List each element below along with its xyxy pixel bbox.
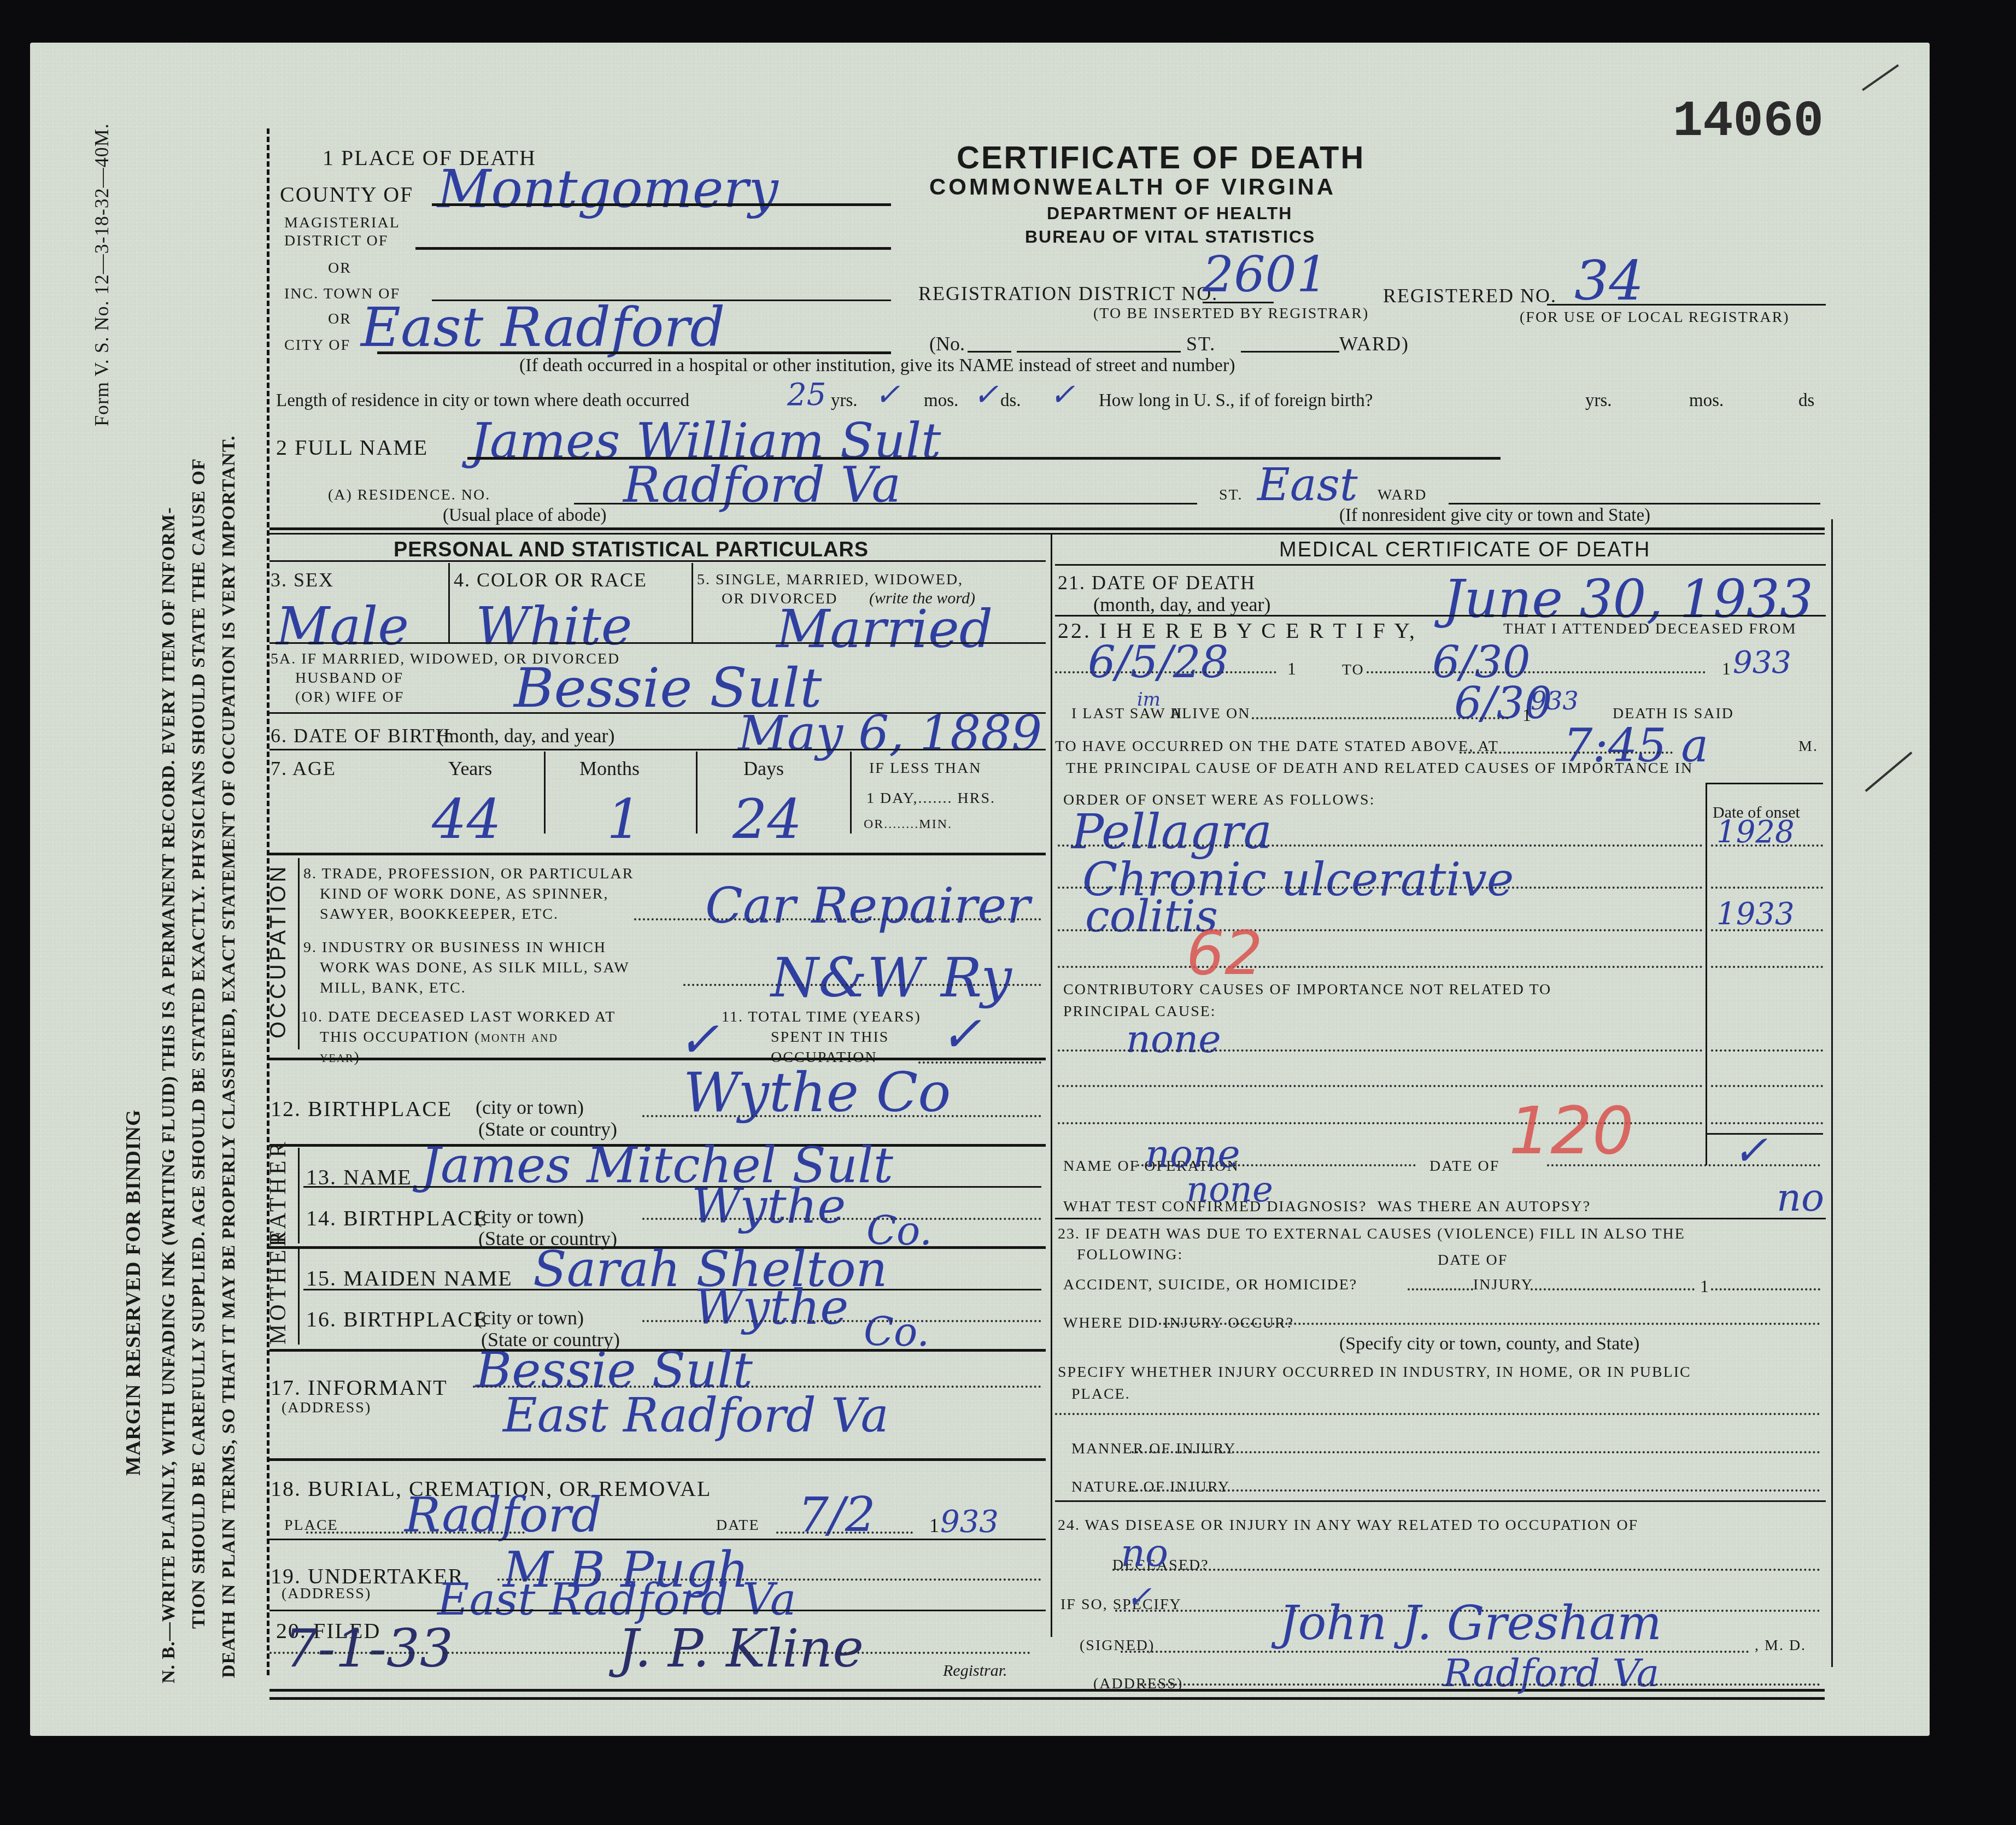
operation-line	[1137, 1164, 1416, 1166]
ds-label: ds.	[1000, 391, 1021, 411]
or-label-2: OR	[328, 310, 351, 328]
mother-birthplace-label: 16. BIRTHPLACE	[306, 1306, 488, 1332]
magisterial-label: MAGISTERIAL	[284, 214, 400, 232]
birthplace-city-hint: (city or town)	[476, 1096, 584, 1119]
days-label: Days	[743, 757, 784, 780]
dod-label: 21. DATE OF DEATH	[1058, 571, 1256, 594]
where-injury-hint: (Specify city or town, county, and State…	[1339, 1334, 1639, 1354]
medical-line-24	[1055, 1500, 1826, 1502]
trade-value[interactable]: Car Repairer	[705, 877, 1030, 935]
informant-address-label: (ADDRESS)	[282, 1399, 371, 1417]
attended-to-year[interactable]: 933	[1733, 645, 1791, 680]
spouse-label-2: HUSBAND OF	[295, 670, 403, 687]
dob-hint: (month, day, and year)	[437, 724, 615, 747]
less-than-label-3: OR........MIN.	[864, 817, 952, 832]
nature-line	[1132, 1489, 1820, 1492]
total-time-label-2: SPENT IN THIS	[771, 1029, 889, 1046]
specify-whether-line	[1055, 1413, 1820, 1415]
father-birthplace-label: 14. BIRTHPLACE	[306, 1205, 488, 1231]
specify-whether-label-1: SPECIFY WHETHER INJURY OCCURRED IN INDUS…	[1058, 1364, 1691, 1381]
street-st-label: ST.	[1186, 332, 1216, 355]
cause-1-line	[1058, 844, 1703, 847]
specify-whether-label-2: PLACE.	[1071, 1386, 1130, 1403]
cause-3-line	[1058, 929, 1703, 931]
onset-column-top	[1706, 783, 1823, 784]
trade-label-3: SAWYER, BOOKKEEPER, ETC.	[320, 906, 559, 923]
occupation-related-line	[1112, 1569, 1820, 1571]
manner-label: MANNER OF INJURY	[1071, 1440, 1236, 1458]
burial-date-line	[776, 1531, 913, 1534]
row-line-dob	[269, 749, 1046, 750]
certify-rest: THAT I ATTENDED DECEASED FROM	[1503, 620, 1797, 638]
filed-date[interactable]: 7-1-33	[284, 1618, 453, 1679]
sex-value[interactable]: Male	[276, 596, 409, 657]
city-label: CITY OF	[284, 337, 350, 354]
commonwealth-title: COMMONWEALTH OF VIRGINA	[929, 174, 1336, 200]
total-time-label-1: 11. TOTAL TIME (YEARS)	[722, 1008, 921, 1026]
less-than-label-2: 1 DAY,....... HRS.	[866, 790, 995, 807]
full-name-label: 2 FULL NAME	[276, 435, 428, 460]
street-line	[1017, 351, 1181, 353]
instructions-line-2: TION SHOULD BE CAREFULLY SUPPLIED. AGE S…	[189, 458, 209, 1629]
county-line	[432, 203, 891, 206]
alive-on-label: ALIVE ON	[1170, 705, 1250, 723]
form-right-border	[1831, 519, 1833, 1667]
trade-line	[634, 918, 1041, 920]
father-birthplace-value[interactable]: Wythe	[691, 1178, 846, 1234]
row-line-informant	[269, 1458, 1046, 1461]
onset-4-line	[1711, 966, 1823, 968]
registration-district-note: (TO BE INSERTED BY REGISTRAR)	[1093, 305, 1369, 322]
column-divider	[1051, 533, 1052, 1637]
to-label: TO	[1342, 661, 1364, 679]
onset-3-line	[1711, 929, 1823, 931]
binding-note: MARGIN RESERVED FOR BINDING	[121, 1109, 145, 1476]
registrar-signature[interactable]: J. P. Kline	[618, 1618, 864, 1679]
age-label: 7. AGE	[271, 757, 336, 780]
medical-header-line	[1055, 564, 1826, 566]
undertaker-address-label: (ADDRESS)	[282, 1585, 371, 1603]
attended-from[interactable]: 6/5/28	[1088, 637, 1229, 688]
from-year-prefix: 1	[1287, 659, 1296, 679]
mother-birthplace-value[interactable]: Wythe	[694, 1279, 848, 1335]
mother-side-divider	[298, 1249, 300, 1345]
last-saw-him[interactable]: im	[1137, 689, 1161, 711]
manner-line	[1132, 1451, 1820, 1453]
attended-from-line	[1055, 671, 1276, 673]
city-value[interactable]: East Radford	[361, 295, 725, 359]
principal-label-1: THE PRINCIPAL CAUSE OF DEATH AND RELATED…	[1066, 760, 1693, 777]
total-time-value[interactable]: ✓	[940, 1006, 981, 1063]
usual-abode-note: (Usual place of abode)	[443, 506, 607, 526]
certificate-title: CERTIFICATE OF DEATH	[957, 139, 1365, 176]
industry-label-2: WORK WAS DONE, AS SILK MILL, SAW	[320, 959, 630, 977]
hospital-note: (If death occurred in a hospital or othe…	[519, 355, 1235, 376]
mother-maiden-label: 15. MAIDEN NAME	[306, 1265, 513, 1291]
accident-label: ACCIDENT, SUICIDE, OR HOMICIDE?	[1063, 1276, 1357, 1294]
external-label-2: FOLLOWING:	[1077, 1246, 1183, 1264]
row-line-age	[269, 853, 1046, 855]
age-years[interactable]: 44	[432, 787, 501, 851]
yrs-label: yrs.	[831, 391, 858, 411]
bottom-line-2	[269, 1697, 1825, 1700]
registrar-line	[443, 1652, 1030, 1654]
age-months[interactable]: 1	[607, 787, 642, 851]
registered-no-note: (FOR USE OF LOCAL REGISTRAR)	[1520, 309, 1790, 326]
mos-label: mos.	[924, 391, 958, 411]
residence-years[interactable]: 25	[787, 377, 826, 413]
residence-st-label: ST.	[1219, 486, 1243, 504]
instructions-line-3: DEATH IN PLAIN TERMS, SO THAT IT MAY BE …	[219, 435, 239, 1678]
registered-no-line	[1547, 304, 1826, 306]
injury-label: INJURY	[1473, 1276, 1533, 1294]
race-value[interactable]: White	[476, 596, 632, 657]
burial-year-prefix: 1	[929, 1514, 939, 1537]
last-saw-year-prefix: 1	[1522, 705, 1531, 725]
registration-district-label: REGISTRATION DISTRICT NO.	[918, 282, 1218, 305]
burial-date-label: DATE	[716, 1517, 760, 1534]
death-time-line	[1460, 752, 1673, 754]
cause-4-line	[1058, 966, 1703, 968]
section-divider-2	[269, 533, 1825, 535]
industry-value[interactable]: N&W Ry	[771, 946, 1012, 1010]
autopsy-value[interactable]: no	[1777, 1175, 1824, 1220]
row-line-undertaker	[269, 1610, 1046, 1611]
medical-line-23	[1055, 1218, 1826, 1219]
father-city-hint: (city or town)	[476, 1205, 584, 1228]
foreign-label: How long in U. S., if of foreign birth?	[1099, 391, 1373, 411]
nonresident-note: (If nonresident give city or town and St…	[1339, 506, 1650, 526]
medical-header: MEDICAL CERTIFICATE OF DEATH	[1279, 538, 1651, 562]
md-label: , M. D.	[1755, 1637, 1806, 1654]
contributory-label-1: CONTRIBUTORY CAUSES OF IMPORTANCE NOT RE…	[1063, 981, 1551, 999]
onset-1-line	[1711, 844, 1823, 847]
months-label: Months	[579, 757, 640, 780]
district-label: DISTRICT OF	[284, 232, 388, 250]
onset-column-divider	[1706, 783, 1707, 1165]
ward-line	[1241, 351, 1339, 353]
age-divider-3	[850, 752, 852, 834]
contributory-value[interactable]: none	[1126, 1017, 1221, 1061]
dod-line	[1055, 615, 1826, 617]
father-name-line	[303, 1186, 1041, 1188]
contributory-onset-line	[1711, 1049, 1823, 1052]
contributory-onset-line-2	[1711, 1085, 1823, 1087]
registration-district-value[interactable]: 2601	[1203, 246, 1328, 303]
onset-2-line	[1711, 887, 1823, 889]
where-injury-line	[1159, 1323, 1820, 1325]
last-saw-line	[1252, 717, 1509, 719]
foreign-ds-label: ds	[1798, 391, 1814, 411]
mother-city-hint: (city or town)	[476, 1306, 584, 1329]
injury-year-line	[1711, 1288, 1820, 1290]
street-no-label: (No.	[929, 332, 965, 355]
injury-date-line	[1531, 1288, 1695, 1290]
dob-value[interactable]: May 6, 1889	[738, 705, 1042, 761]
nature-label: NATURE OF INJURY	[1071, 1478, 1230, 1496]
residence-check: ✓	[1050, 377, 1075, 413]
mother-maiden-line	[303, 1289, 1041, 1290]
birthplace-label: 12. BIRTHPLACE	[271, 1096, 452, 1122]
registrar-label: Registrar.	[943, 1662, 1007, 1680]
father-side-divider	[298, 1148, 300, 1243]
physician-address[interactable]: Radford Va	[1443, 1651, 1659, 1695]
occurred-label: TO HAVE OCCURRED ON THE DATE STATED ABOV…	[1055, 738, 1499, 755]
residence-street[interactable]: East	[1257, 459, 1358, 511]
registered-no-label: REGISTERED NO.	[1383, 284, 1557, 307]
m-label: M.	[1798, 738, 1818, 755]
district-line	[415, 247, 891, 250]
cause-1[interactable]: Pellagra	[1071, 803, 1272, 860]
operation-date-label: DATE OF	[1429, 1158, 1499, 1175]
residence-months[interactable]: ✓	[875, 377, 900, 413]
years-label: Years	[448, 757, 492, 780]
last-worked-label-1: 10. DATE DECEASED LAST WORKED AT	[301, 1008, 616, 1026]
mother-side-label: MOTHER	[265, 1228, 291, 1345]
autopsy-label: WAS THERE AN AUTOPSY?	[1378, 1198, 1591, 1216]
industry-line	[683, 984, 1041, 986]
contributory-line-2	[1058, 1085, 1703, 1087]
red-mark-62: 62	[1186, 918, 1263, 988]
burial-place-line	[306, 1531, 525, 1534]
operation-date[interactable]: ✓	[1733, 1126, 1768, 1175]
foreign-yrs-label: yrs.	[1585, 391, 1612, 411]
county-label: COUNTY OF	[280, 181, 413, 207]
physician-signature[interactable]: John J. Gresham	[1279, 1596, 1662, 1651]
ward-label: WARD)	[1339, 332, 1409, 355]
residence-length-label: Length of residence in city or town wher…	[276, 391, 689, 411]
physician-address-line	[1140, 1683, 1820, 1686]
burial-date[interactable]: 7/2	[798, 1487, 876, 1543]
marital-label-1: 5. SINGLE, MARRIED, WIDOWED,	[697, 571, 963, 589]
foreign-mos-label: mos.	[1689, 391, 1724, 411]
race-divider	[691, 563, 693, 642]
external-label-1: 23. IF DEATH WAS DUE TO EXTERNAL CAUSES …	[1058, 1225, 1685, 1243]
mother-birthplace-line	[642, 1320, 1041, 1322]
contributory-onset-line-3	[1711, 1122, 1823, 1124]
residence-ward-label: WARD	[1378, 486, 1427, 504]
birthplace-line	[642, 1115, 1041, 1117]
department-title: DEPARTMENT OF HEALTH	[1047, 203, 1292, 224]
registered-no-value[interactable]: 34	[1574, 249, 1644, 313]
red-mark-120: 120	[1509, 1093, 1634, 1169]
last-saw-year[interactable]: 933	[1531, 686, 1579, 715]
trade-label-2: KIND OF WORK DONE, AS SPINNER,	[320, 885, 609, 903]
last-worked-label-2: THIS OCCUPATION (month and	[320, 1029, 558, 1046]
to-year-prefix: 1	[1722, 659, 1731, 679]
father-birthplace-line	[642, 1218, 1041, 1220]
instructions-line-1: N. B.—WRITE PLAINLY, WITH UNFADING INK (…	[159, 507, 179, 1683]
occupation-side-label: OCCUPATION	[266, 863, 291, 1038]
form-number: Form V. S. No. 12—3-18-32—40M.	[90, 123, 113, 426]
registration-district-line	[1203, 302, 1274, 303]
test-value[interactable]: none	[1186, 1170, 1273, 1210]
trade-label-1: 8. TRADE, PROFESSION, OR PARTICULAR	[303, 865, 634, 883]
industry-label-1: 9. INDUSTRY OR BUSINESS IN WHICH	[303, 939, 606, 956]
personal-header: PERSONAL AND STATISTICAL PARTICULARS	[394, 538, 869, 562]
last-saw-label: I LAST SAW H	[1071, 705, 1183, 723]
informant-label: 17. INFORMANT	[271, 1375, 448, 1400]
row-line-burial	[269, 1539, 1046, 1540]
mother-birthplace-state[interactable]: Co.	[864, 1309, 929, 1355]
row-line-sex	[269, 642, 1046, 644]
occupation-side-divider	[298, 858, 300, 1049]
sex-label: 3. SEX	[271, 568, 334, 591]
injury-year-prefix: 1	[1700, 1276, 1709, 1296]
race-label: 4. COLOR OR RACE	[454, 568, 647, 591]
age-divider-2	[696, 752, 698, 834]
sex-divider	[448, 563, 450, 642]
filed-date-line	[269, 1652, 428, 1654]
dod-hint: (month, day, and year)	[1093, 593, 1271, 616]
external-date-of-label: DATE OF	[1438, 1252, 1508, 1269]
industry-label-3: MILL, BANK, ETC.	[320, 979, 466, 997]
certificate-number: 14060	[1673, 93, 1824, 150]
residence-line	[574, 503, 1197, 504]
residence-ward-line	[1449, 503, 1820, 504]
residence-value[interactable]: Radford Va	[623, 456, 901, 514]
personal-header-line	[269, 560, 1046, 562]
informant-line	[473, 1386, 1041, 1388]
dob-label: 6. DATE OF BIRTH	[271, 724, 451, 747]
burial-place[interactable]: Radford	[405, 1487, 602, 1543]
contributory-line	[1058, 1049, 1703, 1052]
city-line	[377, 351, 891, 354]
section-divider-1	[269, 527, 1825, 530]
burial-year[interactable]: 933	[940, 1504, 999, 1540]
residence-days[interactable]: ✓	[973, 377, 999, 413]
attended-to-line	[1367, 671, 1706, 673]
or-label-1: OR	[328, 260, 351, 277]
residence-label: (A) RESIDENCE. NO.	[328, 486, 490, 504]
age-days[interactable]: 24	[732, 787, 802, 851]
spouse-label-3: (OR) WIFE OF	[295, 689, 404, 706]
operation-date-line	[1547, 1164, 1820, 1166]
county-value[interactable]: Montgomery	[437, 159, 778, 220]
onset-3[interactable]: 1933	[1716, 896, 1795, 932]
informant-address[interactable]: East Radford Va	[503, 1388, 889, 1443]
less-than-label-1: IF LESS THAN	[869, 760, 982, 777]
accident-line	[1408, 1288, 1473, 1290]
bureau-title: BUREAU OF VITAL STATISTICS	[1025, 227, 1315, 247]
age-divider-1	[544, 752, 546, 834]
street-no-line	[968, 351, 1011, 353]
cause-2-line	[1058, 887, 1703, 889]
marital-value[interactable]: Married	[776, 598, 993, 660]
